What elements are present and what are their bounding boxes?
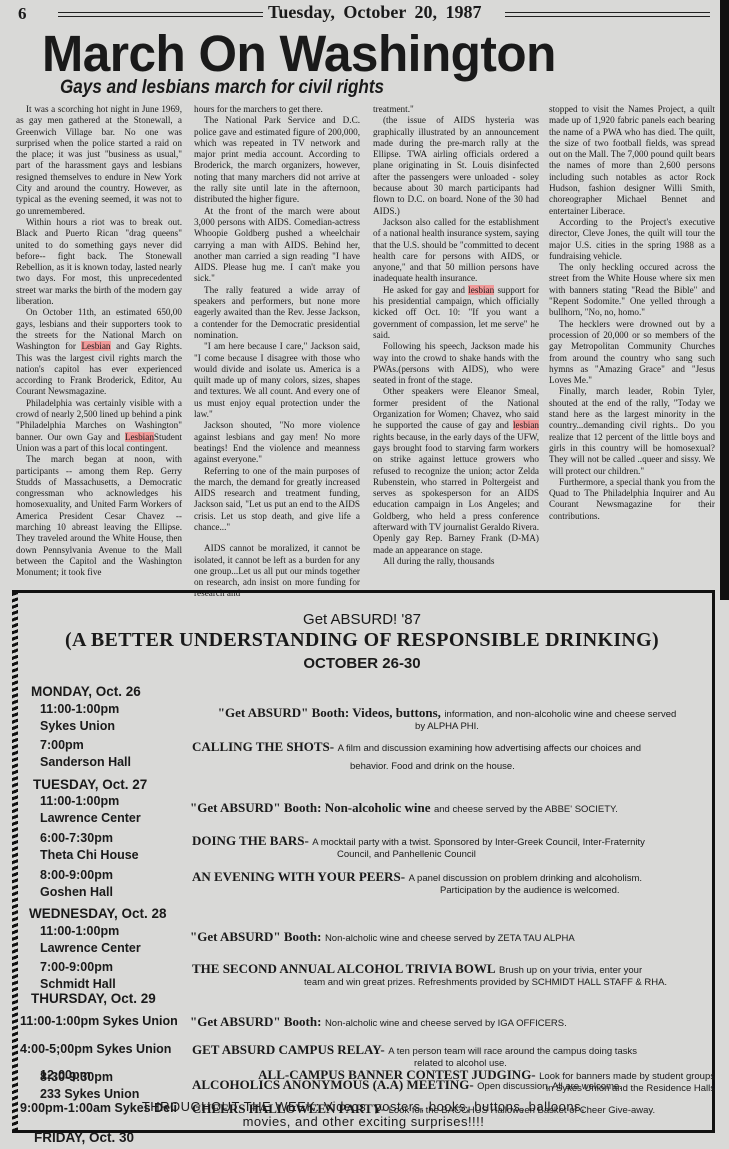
paragraph: He asked for gay and lesbian support for… <box>373 285 539 341</box>
search-highlight: Lesbian <box>81 341 110 351</box>
event-entry: "Get ABSURD" Booth: Videos, buttons, inf… <box>187 705 707 732</box>
event-time: 6:00-7:30pmTheta Chi House <box>40 830 139 864</box>
advertisement-box: Get ABSURD! '87 (A BETTER UNDERSTANDING … <box>12 590 715 1133</box>
day-heading: WEDNESDAY, Oct. 28 <box>29 906 167 921</box>
headline: March On Washington <box>42 28 556 79</box>
paragraph: treatment." <box>373 104 539 115</box>
event-time: 11:00-1:00pmLawrence Center <box>40 793 141 827</box>
ad-footer-line-1: THROUGHOUT THE WEEK: Videos, posters, bo… <box>12 1099 715 1114</box>
event-time: 11:00-1:00pm Sykes Union <box>20 1013 178 1030</box>
paragraph: Other speakers were Eleanor Smeal, forme… <box>373 386 539 555</box>
paragraph: At the front of the march were about 3,0… <box>194 206 360 285</box>
day-heading: TUESDAY, Oct. 27 <box>33 777 147 792</box>
article-column-3: treatment." (the issue of AIDS hysteria … <box>373 104 539 567</box>
paragraph: All during the rally, thousands <box>373 556 539 567</box>
paragraph: Finally, march leader, Robin Tyler, shou… <box>549 386 715 476</box>
paragraph: (the issue of AIDS hysteria was graphica… <box>373 115 539 217</box>
page-number: 6 <box>18 4 27 24</box>
event-time: 7:00-9:00pmSchmidt Hall <box>40 959 116 993</box>
paragraph: The hecklers were drowned out by a proce… <box>549 319 715 387</box>
event-entry: THE SECOND ANNUAL ALCOHOL TRIVIA BOWL Br… <box>192 961 717 988</box>
paragraph: hours for the marchers to get there. <box>194 104 360 115</box>
paragraph: On October 11th, an estimated 650,00 gay… <box>16 307 182 397</box>
masthead-rule-left <box>58 12 263 17</box>
event-time: 4:00-5;00pm Sykes Union <box>20 1041 171 1058</box>
page-edge-shadow <box>720 0 729 600</box>
paragraph: It was a scorching hot night in June 196… <box>16 104 182 217</box>
paragraph: stopped to visit the Names Project, a qu… <box>549 104 715 217</box>
event-entry: DOING THE BARS- A mocktail party with a … <box>192 833 712 860</box>
ad-dates: OCTOBER 26-30 <box>12 655 712 672</box>
event-time: 11:00-1:00pmSykes Union <box>40 701 119 735</box>
paragraph: Furthermore, a special thank you from th… <box>549 477 715 522</box>
event-time: 12:00pm <box>40 1067 91 1084</box>
event-entry: GET ABSURD CAMPUS RELAY- A ten person te… <box>192 1042 712 1069</box>
paragraph: According to the Project's executive dir… <box>549 217 715 262</box>
search-highlight: lesbian <box>513 420 539 430</box>
event-entry: "Get ABSURD" Booth: Non-alcholic wine an… <box>190 1014 710 1030</box>
paragraph: The march began at noon, with participan… <box>16 454 182 578</box>
masthead: 6 Tuesday, October 20, 1987 <box>0 0 715 24</box>
search-highlight: lesbian <box>468 285 494 295</box>
paragraph: Referring to one of the main purposes of… <box>194 466 360 534</box>
event-entry: AN EVENING WITH YOUR PEERS- A panel disc… <box>192 869 712 896</box>
paragraph: Jackson also called for the establishmen… <box>373 217 539 285</box>
ad-kicker: Get ABSURD! '87 <box>12 611 712 628</box>
event-entry: CALLING THE SHOTS- A film and discussion… <box>192 739 712 772</box>
paragraph: Jackson shouted, "No more violence again… <box>194 420 360 465</box>
day-heading: THURSDAY, Oct. 29 <box>31 991 156 1006</box>
ad-footer-line-2: movies, and other exciting surprises!!!! <box>12 1114 715 1129</box>
article-column-2: hours for the marchers to get there. The… <box>194 104 360 600</box>
subhead: Gays and lesbians march for civil rights <box>60 77 384 99</box>
masthead-rule-right <box>505 12 710 17</box>
search-highlight: Lesbian <box>125 432 154 442</box>
article-column-4: stopped to visit the Names Project, a qu… <box>549 104 715 522</box>
event-entry: "Get ABSURD" Booth: Non-alcholic wine an… <box>190 929 710 945</box>
ad-title: (A BETTER UNDERSTANDING OF RESPONSIBLE D… <box>12 629 712 652</box>
paragraph: Within hours a riot was to break out. Bl… <box>16 217 182 307</box>
event-time: 8:00-9:00pmGoshen Hall <box>40 867 113 901</box>
day-heading: MONDAY, Oct. 26 <box>31 684 141 699</box>
event-time: 11:00-1:00pmLawrence Center <box>40 923 141 957</box>
event-entry: "Get ABSURD" Booth: Non-alcoholic wine a… <box>190 800 710 816</box>
event-time: 7:00pmSanderson Hall <box>40 737 131 771</box>
paragraph: "I am here because I care," Jackson said… <box>194 341 360 420</box>
paragraph: The only heckling occured across the str… <box>549 262 715 318</box>
day-heading: FRIDAY, Oct. 30 <box>34 1130 134 1145</box>
paragraph: Following his speech, Jackson made his w… <box>373 341 539 386</box>
event-entry: ALL-CAMPUS BANNER CONTEST JUDGING- Look … <box>195 1067 715 1094</box>
article-column-1: It was a scorching hot night in June 196… <box>16 104 182 578</box>
paragraph: The rally featured a wide array of speak… <box>194 285 360 341</box>
paragraph: The National Park Service and D.C. polic… <box>194 115 360 205</box>
dateline: Tuesday, October 20, 1987 <box>268 2 482 23</box>
paragraph: Philadelphia was certainly visible with … <box>16 398 182 454</box>
